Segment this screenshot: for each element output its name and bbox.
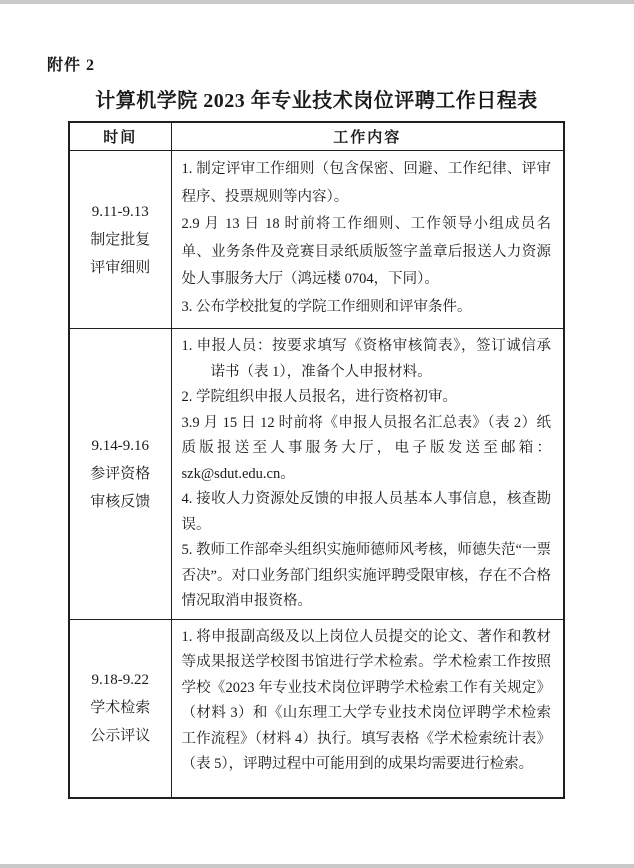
task-item: 3. 公布学校批复的学院工作细则和评审条件。 bbox=[182, 294, 552, 322]
table-body: 9.11-9.13制定批复评审细则1. 制定评审工作细则（包含保密、回避、工作纪… bbox=[69, 151, 564, 799]
time-line: 9.11-9.13 bbox=[72, 198, 169, 226]
table-row: 9.18-9.22学术检索公示评议1. 将申报副高级及以上岗位人员提交的论文、著… bbox=[69, 619, 564, 798]
content-cell: 1. 申报人员：按要求填写《资格审核简表》，签订诚信承诺书（表 1），准备个人申… bbox=[171, 329, 564, 620]
header-time: 时间 bbox=[69, 122, 171, 151]
table-row: 9.11-9.13制定批复评审细则1. 制定评审工作细则（包含保密、回避、工作纪… bbox=[69, 151, 564, 329]
table-row: 9.14-9.16参评资格审核反馈1. 申报人员：按要求填写《资格审核简表》，签… bbox=[69, 329, 564, 620]
task-item: 2.9 月 13 日 18 时前将工作细则、工作领导小组成员名单、业务条件及竞赛… bbox=[182, 211, 552, 294]
time-line: 审核反馈 bbox=[72, 488, 169, 516]
task-item: 1. 制定评审工作细则（包含保密、回避、工作纪律、评审程序、投票规则等内容）。 bbox=[182, 156, 552, 211]
document-page: 附件 2 计算机学院 2023 年专业技术岗位评聘工作日程表 时间 工作内容 9… bbox=[0, 0, 634, 868]
time-line: 参评资格 bbox=[72, 460, 169, 488]
content-cell: 1. 将申报副高级及以上岗位人员提交的论文、著作和教材等成果报送学校图书馆进行学… bbox=[171, 619, 564, 798]
time-line: 9.14-9.16 bbox=[72, 432, 169, 460]
task-item: 4. 接收人力资源处反馈的申报人员基本人事信息，核查勘误。 bbox=[182, 487, 552, 538]
task-item: 2. 学院组织申报人员报名，进行资格初审。 bbox=[182, 385, 552, 411]
time-line: 学术检索 bbox=[72, 694, 169, 722]
time-cell: 9.14-9.16参评资格审核反馈 bbox=[69, 329, 171, 620]
time-line: 9.18-9.22 bbox=[72, 666, 169, 694]
content-cell: 1. 制定评审工作细则（包含保密、回避、工作纪律、评审程序、投票规则等内容）。2… bbox=[171, 151, 564, 329]
time-line: 公示评议 bbox=[72, 722, 169, 750]
header-row: 时间 工作内容 bbox=[69, 122, 564, 151]
attachment-label: 附件 2 bbox=[47, 52, 95, 75]
schedule-table: 时间 工作内容 9.11-9.13制定批复评审细则1. 制定评审工作细则（包含保… bbox=[68, 121, 565, 799]
time-line: 制定批复 bbox=[72, 226, 169, 254]
header-content: 工作内容 bbox=[171, 122, 564, 151]
task-item: 1. 将申报副高级及以上岗位人员提交的论文、著作和教材等成果报送学校图书馆进行学… bbox=[182, 625, 552, 778]
task-item: 3.9 月 15 日 12 时前将《申报人员报名汇总表》（表 2）纸质版报送至人… bbox=[182, 411, 552, 488]
task-item: 5. 教师工作部牵头组织实施师德师风考核，师德失范“一票否决”。对口业务部门组织… bbox=[182, 538, 552, 615]
task-item: 1. 申报人员：按要求填写《资格审核简表》，签订诚信承诺书（表 1），准备个人申… bbox=[182, 334, 552, 385]
time-line: 评审细则 bbox=[72, 254, 169, 282]
time-cell: 9.18-9.22学术检索公示评议 bbox=[69, 619, 171, 798]
page-title: 计算机学院 2023 年专业技术岗位评聘工作日程表 bbox=[68, 84, 565, 113]
time-cell: 9.11-9.13制定批复评审细则 bbox=[69, 151, 171, 329]
page-edge-top bbox=[0, 0, 634, 4]
page-edge-bottom bbox=[0, 864, 634, 868]
